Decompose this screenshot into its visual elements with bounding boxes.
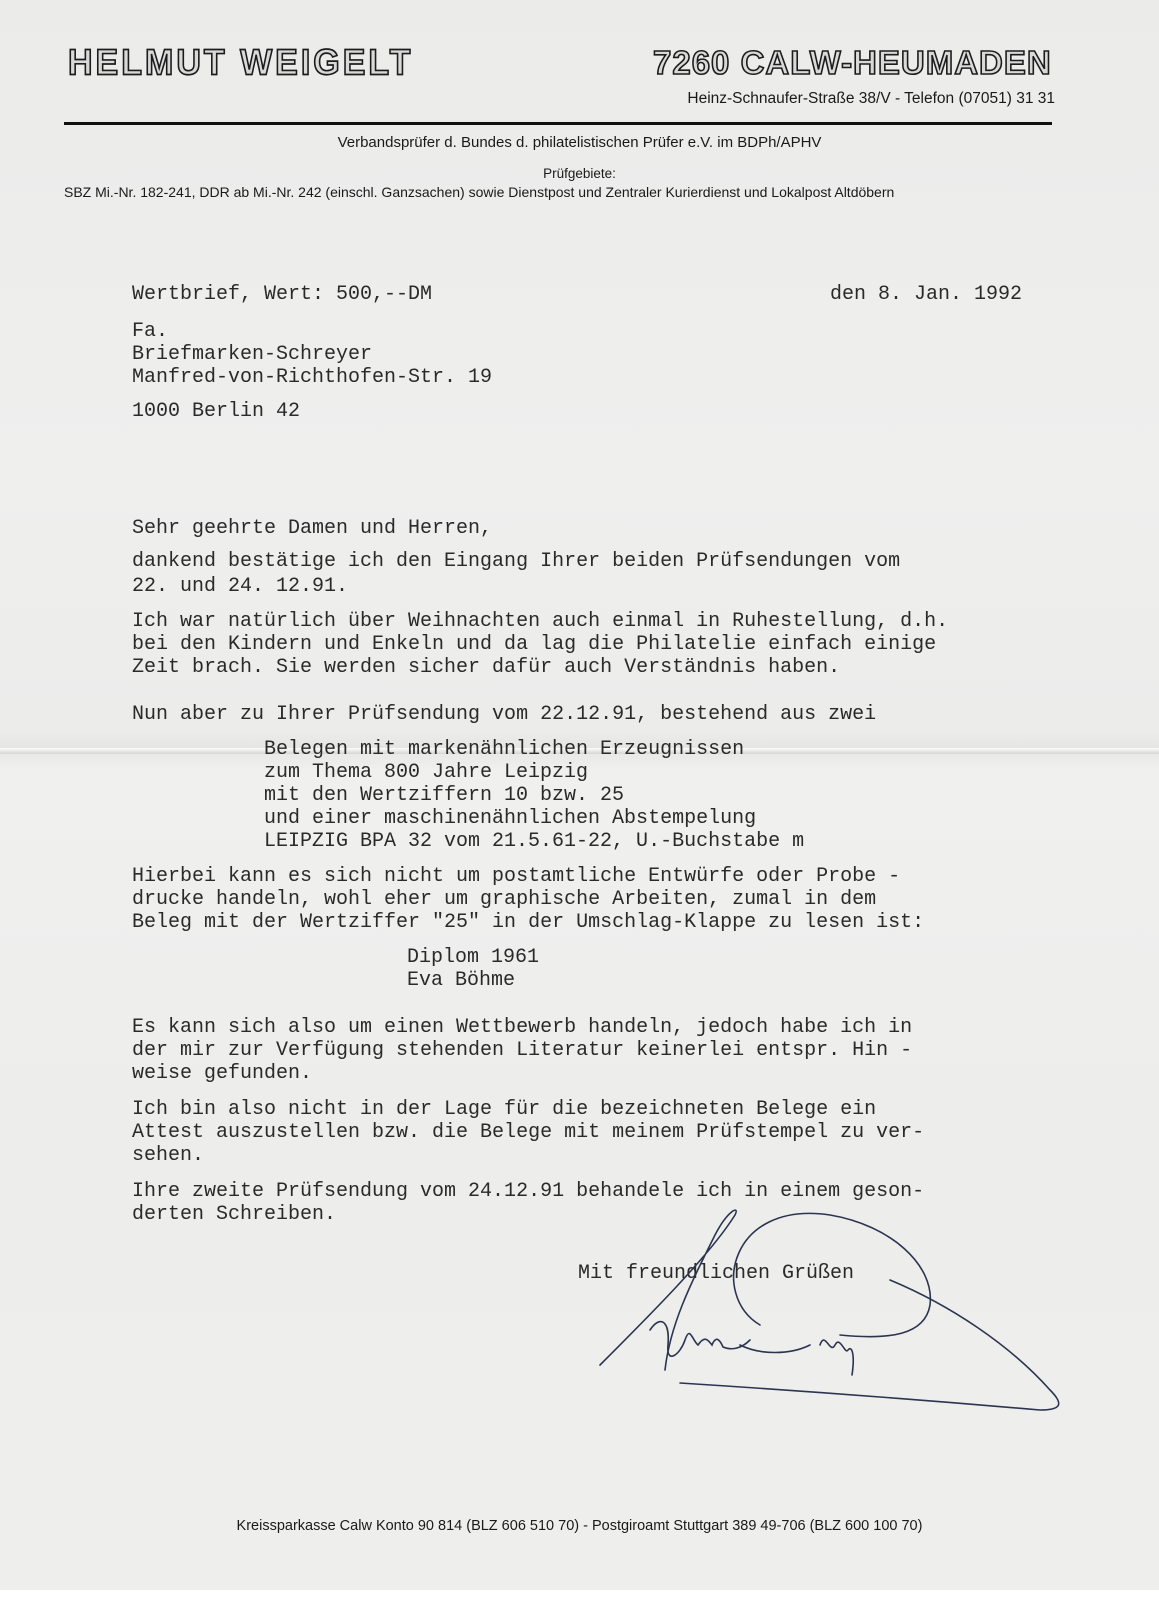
association-line: Verbandsprüfer d. Bundes d. philatelisti… bbox=[0, 134, 1159, 151]
letter-date: den 8. Jan. 1992 bbox=[830, 283, 1022, 307]
quote-line: Diplom 1961 bbox=[407, 946, 539, 970]
paragraph-line: der mir zur Verfügung stehenden Literatu… bbox=[132, 1039, 912, 1063]
paragraph-line: Zeit brach. Sie werden sicher dafür auch… bbox=[132, 656, 840, 680]
paragraph-line: Hierbei kann es sich nicht um postamtlic… bbox=[132, 865, 900, 889]
indented-line: mit den Wertziffern 10 bzw. 25 bbox=[264, 784, 624, 808]
paragraph-line: drucke handeln, wohl eher um graphische … bbox=[132, 888, 876, 912]
recipient-line: Fa. bbox=[132, 320, 168, 344]
paragraph-line: 22. und 24. 12.91. bbox=[132, 575, 348, 599]
paragraph-line: weise gefunden. bbox=[132, 1062, 312, 1086]
letter-paper: HELMUT WEIGELT 7260 CALW-HEUMADEN Heinz-… bbox=[0, 0, 1159, 1590]
paragraph-line: bei den Kindern und Enkeln und da lag di… bbox=[132, 633, 936, 657]
recipient-line: Manfred-von-Richthofen-Str. 19 bbox=[132, 366, 492, 390]
paragraph-line: Es kann sich also um einen Wettbewerb ha… bbox=[132, 1016, 912, 1040]
quote-line: Eva Böhme bbox=[407, 969, 515, 993]
indented-line: zum Thema 800 Jahre Leipzig bbox=[264, 761, 588, 785]
indented-line: Belegen mit markenähnlichen Erzeugnissen bbox=[264, 738, 744, 762]
recipient-line: Briefmarken-Schreyer bbox=[132, 343, 372, 367]
header-rule bbox=[64, 122, 1052, 125]
letterhead-address: Heinz-Schnaufer-Straße 38/V - Telefon (0… bbox=[687, 90, 1055, 108]
letterhead-city: 7260 CALW-HEUMADEN bbox=[653, 44, 1052, 82]
indented-line: LEIPZIG BPA 32 vom 21.5.61-22, U.-Buchst… bbox=[264, 830, 804, 854]
paragraph-line: sehen. bbox=[132, 1144, 204, 1168]
paragraph-line: Ich bin also nicht in der Lage für die b… bbox=[132, 1098, 876, 1122]
paragraph-line: Ihre zweite Prüfsendung vom 24.12.91 beh… bbox=[132, 1180, 924, 1204]
paragraph-line: derten Schreiben. bbox=[132, 1203, 336, 1227]
areas-label: Prüfgebiete: bbox=[0, 166, 1159, 181]
signature bbox=[590, 1205, 1070, 1425]
paragraph-line: dankend bestätige ich den Eingang Ihrer … bbox=[132, 550, 900, 574]
paragraph-line: Ich war natürlich über Weihnachten auch … bbox=[132, 610, 948, 634]
salutation: Sehr geehrte Damen und Herren, bbox=[132, 517, 492, 541]
letterhead-name: HELMUT WEIGELT bbox=[68, 43, 413, 84]
recipient-city: 1000 Berlin 42 bbox=[132, 400, 300, 424]
indented-line: und einer maschinenähnlichen Abstempelun… bbox=[264, 807, 756, 831]
paragraph-line: Beleg mit der Wertziffer "25" in der Ums… bbox=[132, 911, 924, 935]
areas-line: SBZ Mi.-Nr. 182-241, DDR ab Mi.-Nr. 242 … bbox=[64, 184, 894, 200]
paragraph-line: Nun aber zu Ihrer Prüfsendung vom 22.12.… bbox=[132, 703, 876, 727]
shipping-note: Wertbrief, Wert: 500,--DM bbox=[132, 283, 432, 307]
bank-details-footer: Kreissparkasse Calw Konto 90 814 (BLZ 60… bbox=[0, 1518, 1159, 1534]
paragraph-line: Attest auszustellen bzw. die Belege mit … bbox=[132, 1121, 924, 1145]
